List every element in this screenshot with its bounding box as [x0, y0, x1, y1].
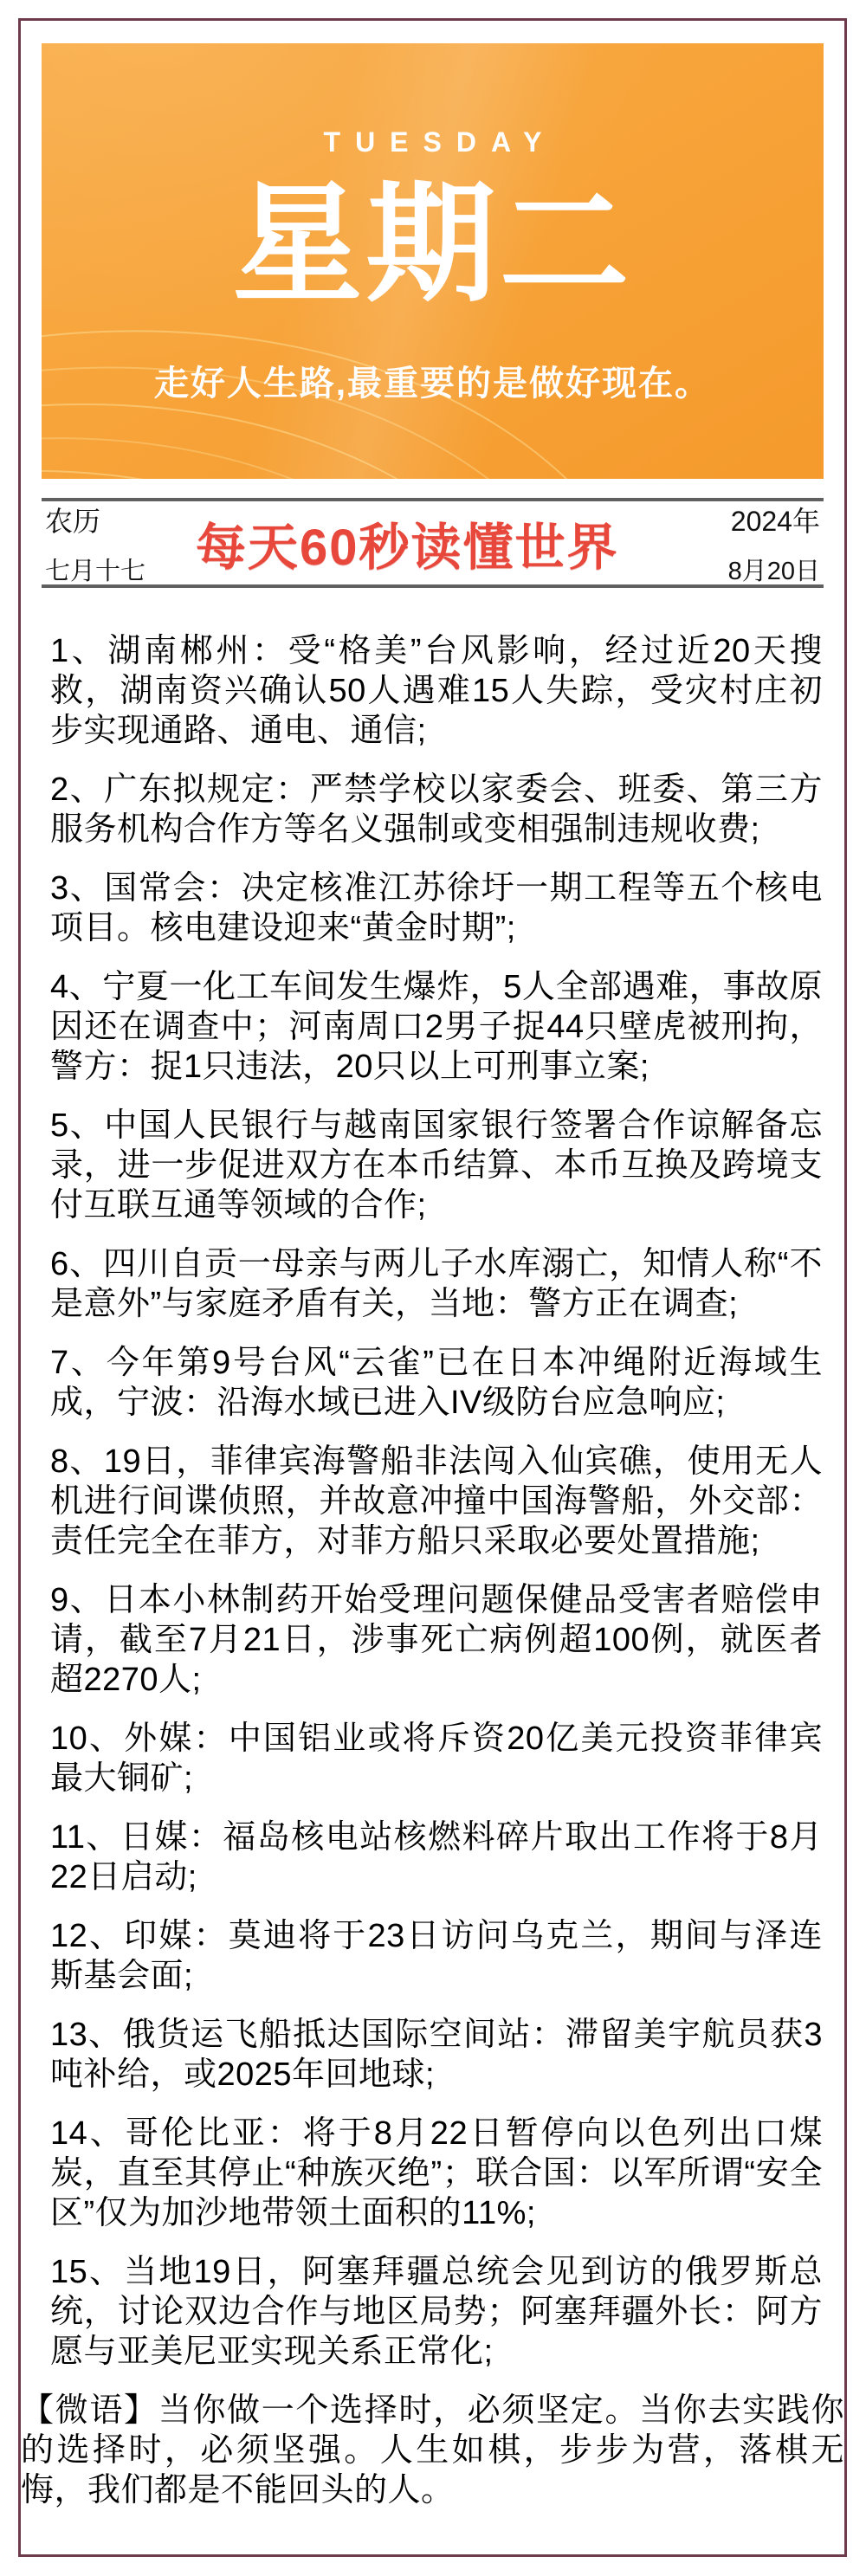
news-item: 11、日媒：福岛核电站核燃料碎片取出工作将于8月22日启动; [50, 1817, 823, 1897]
page-border-frame: TUESDAY 星期二 走好人生路,最重要的是做好现在。 农历 七月十七 每天6… [18, 18, 847, 2557]
date-label: 8月20日 [728, 552, 820, 587]
weiyu-quote: 【微语】当你做一个选择时，必须坚定。当你去实践你的选择时，必须坚强。人生如棋，步… [21, 2391, 844, 2510]
news-item: 13、俄货运飞船抵达国际空间站：滞留美宇航员获3吨补给，或2025年回地球; [50, 2015, 823, 2095]
banner-arc-decoration [42, 399, 541, 479]
news-item: 9、日本小林制药开始受理问题保健品受害者赔偿申请，截至7月21日，涉事死亡病例超… [50, 1580, 823, 1700]
news-item: 6、四川自贡一母亲与两儿子水库溺亡，知情人称“不是意外”与家庭矛盾有关，当地：警… [50, 1244, 823, 1324]
weekday-english-label: TUESDAY [42, 126, 824, 158]
date-bar: 农历 七月十七 每天60秒读懂世界 2024年 8月20日 [42, 498, 824, 588]
lunar-label: 农历 [45, 500, 145, 539]
lunar-date: 七月十七 [45, 552, 145, 587]
lunar-date-block: 农历 七月十七 [45, 500, 145, 587]
news-item: 8、19日，菲律宾海警船非法闯入仙宾礁，使用无人机进行间谍侦照，并故意冲撞中国海… [50, 1442, 823, 1561]
weekday-chinese-title: 星期二 [42, 179, 824, 309]
news-item: 14、哥伦比亚：将于8月22日暂停向以色列出口煤炭，直至其停止“种族灭绝”；联合… [50, 2114, 823, 2233]
news-item: 1、湖南郴州：受“格美”台风影响，经过近20天搜救，湖南资兴确认50人遇难15人… [50, 631, 823, 751]
news-item: 3、国常会：决定核准江苏徐圩一期工程等五个核电项目。核电建设迎来“黄金时期”; [50, 868, 823, 948]
news-item: 2、广东拟规定：严禁学校以家委会、班委、第三方服务机构合作方等名义强制或变相强制… [50, 770, 823, 849]
news-item: 15、当地19日，阿塞拜疆总统会见到访的俄罗斯总统，讨论双边合作与地区局势；阿塞… [50, 2252, 823, 2372]
news-item: 4、宁夏一化工车间发生爆炸，5人全部遇难，事故原因还在调查中；河南周口2男子捉4… [50, 967, 823, 1087]
news-item: 7、今年第9号台风“云雀”已在日本冲绳附近海域生成，宁波：沿海水域已进入IV级防… [50, 1343, 823, 1423]
gregorian-date-block: 2024年 8月20日 [728, 500, 820, 587]
year-label: 2024年 [728, 500, 820, 539]
news-item: 12、印媒：莫迪将于23日访问乌克兰，期间与泽连斯基会面; [50, 1916, 823, 1996]
page-title: 每天60秒读懂世界 [196, 507, 619, 579]
weekday-banner: TUESDAY 星期二 走好人生路,最重要的是做好现在。 [42, 43, 824, 479]
news-list: 1、湖南郴州：受“格美”台风影响，经过近20天搜救，湖南资兴确认50人遇难15人… [50, 631, 823, 2372]
news-item: 5、中国人民银行与越南国家银行签署合作谅解备忘录，进一步促进双方在本币结算、本币… [50, 1106, 823, 1225]
news-item: 10、外媒：中国铝业或将斥资20亿美元投资菲律宾最大铜矿; [50, 1719, 823, 1798]
banner-motto: 走好人生路,最重要的是做好现在。 [42, 356, 824, 405]
banner-arc-decoration [42, 441, 486, 479]
